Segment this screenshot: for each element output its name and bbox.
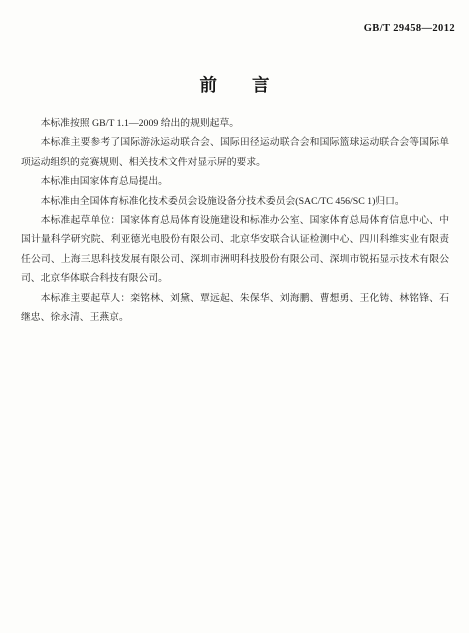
document-page: GB/T 29458—2012 前 言 本标准按照 GB/T 1.1—2009 … — [0, 0, 469, 633]
page-title: 前 言 — [0, 72, 469, 97]
document-body: 本标准按照 GB/T 1.1—2009 给出的规则起草。 本标准主要参考了国际游… — [21, 114, 449, 327]
paragraph-main-drafters: 本标准主要起草人：栾铭林、刘黛、覃远起、朱保华、刘海鹏、曹想勇、王化铸、林铭锋、… — [21, 289, 449, 328]
paragraph-drafting-units: 本标准起草单位：国家体育总局体育设施建设和标准办公室、国家体育总局体育信息中心、… — [21, 211, 449, 289]
paragraph-references: 本标准主要参考了国际游泳运动联合会、国际田径运动联合会和国际篮球运动联合会等国际… — [21, 133, 449, 172]
paragraph-drafting-rule: 本标准按照 GB/T 1.1—2009 给出的规则起草。 — [21, 114, 449, 133]
paragraph-proposed-by: 本标准由国家体育总局提出。 — [21, 172, 449, 191]
standard-number: GB/T 29458—2012 — [364, 23, 455, 34]
paragraph-centralized-by: 本标准由全国体育标准化技术委员会设施设备分技术委员会(SAC/TC 456/SC… — [21, 192, 449, 211]
